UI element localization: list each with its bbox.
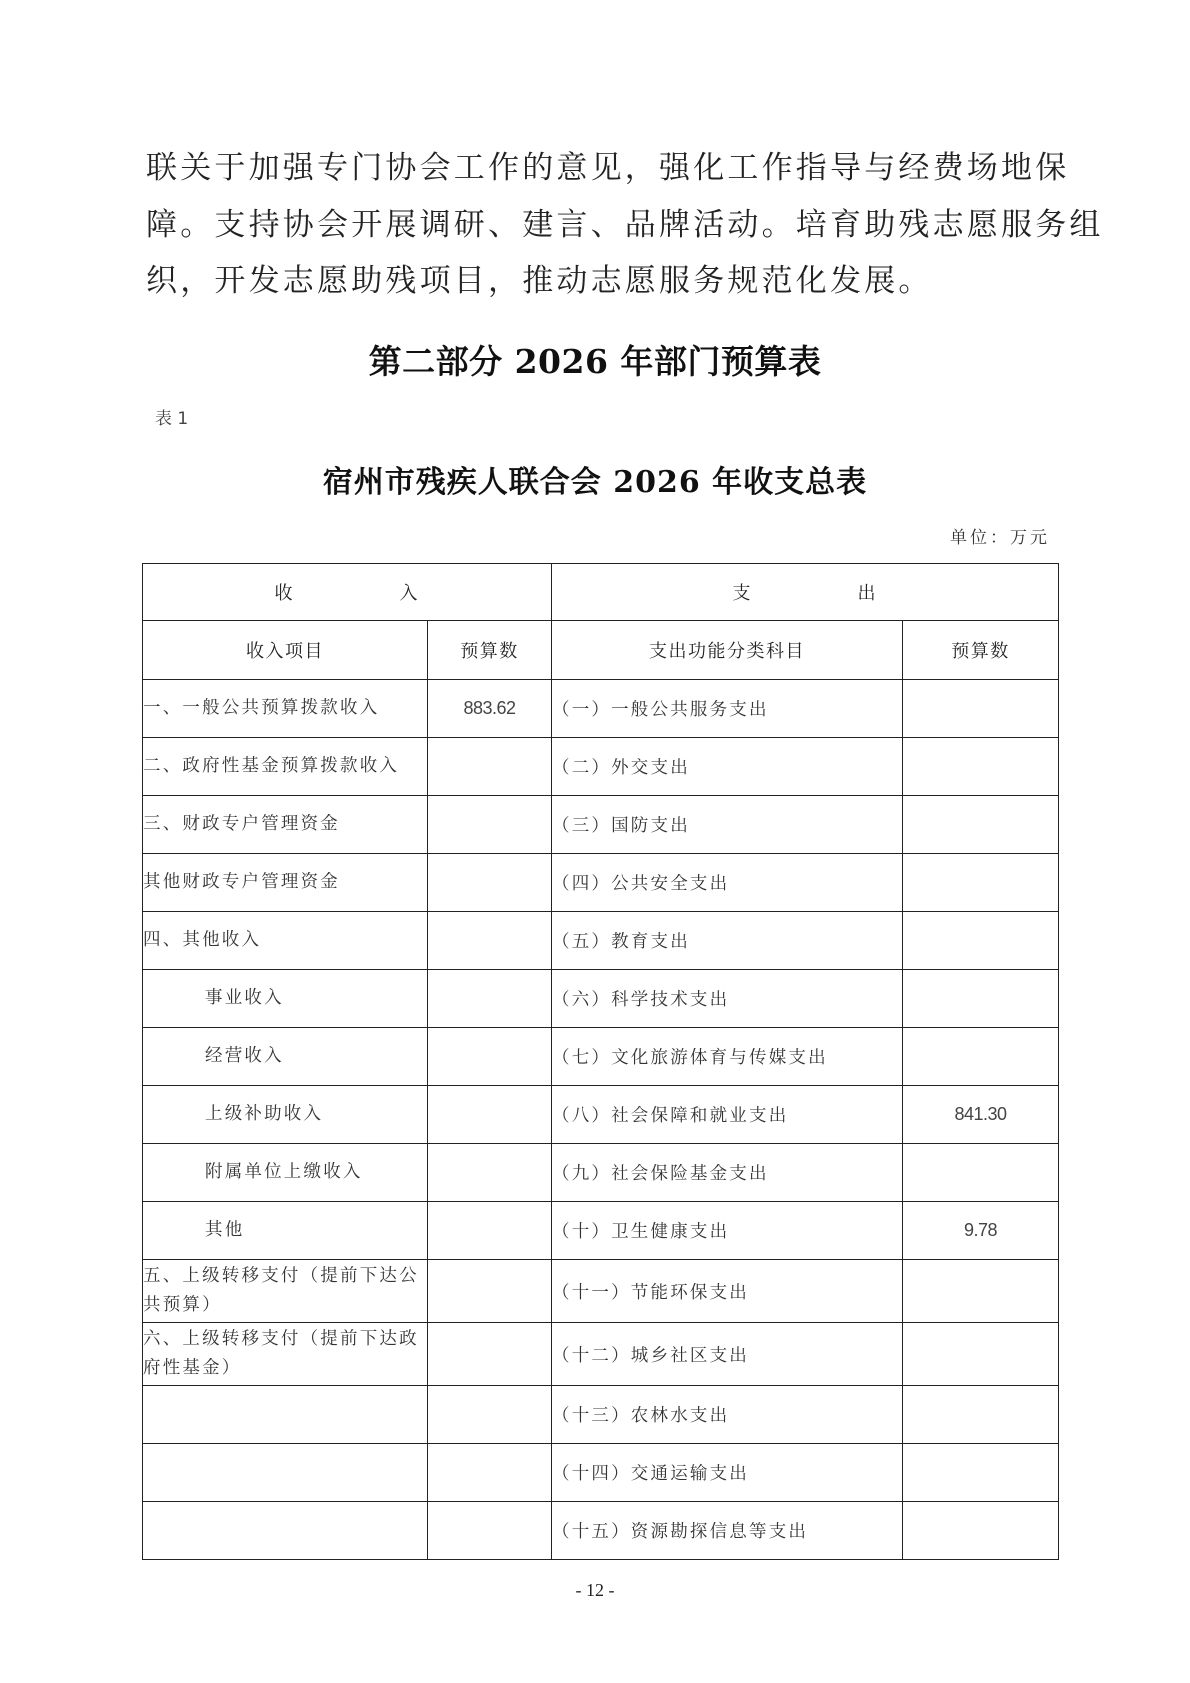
table-row: 二、政府性基金预算拨款收入 （二）外交支出 — [143, 738, 1059, 796]
table-row: 六、上级转移支付（提前下达政府性基金） （十二）城乡社区支出 — [143, 1323, 1059, 1386]
income-amount — [428, 738, 552, 796]
income-item: 六、上级转移支付（提前下达政府性基金） — [143, 1323, 428, 1386]
expense-header-char-1: 支 — [733, 583, 753, 604]
column-header-income-item: 收入项目 — [143, 621, 428, 680]
expense-amount — [903, 1386, 1059, 1444]
income-item: 一、一般公共预算拨款收入 — [143, 680, 428, 738]
column-header-expense-amount: 预算数 — [903, 621, 1059, 680]
expense-item: （二）外交支出 — [552, 738, 903, 796]
income-item — [143, 1386, 428, 1444]
expense-amount — [903, 1144, 1059, 1202]
expense-item: （五）教育支出 — [552, 912, 903, 970]
income-item: 其他 — [143, 1202, 428, 1260]
table-row: 三、财政专户管理资金 （三）国防支出 — [143, 796, 1059, 854]
paragraph-line-2: 障。支持协会开展调研、建言、品牌活动。培育助残志愿服务组 — [146, 210, 1046, 241]
table-row: 一、一般公共预算拨款收入 883.62 （一）一般公共服务支出 — [143, 680, 1059, 738]
group-header-row: 收入 支出 — [143, 564, 1059, 621]
column-header-income-amount: 预算数 — [428, 621, 552, 680]
income-item: 四、其他收入 — [143, 912, 428, 970]
table-row: 四、其他收入 （五）教育支出 — [143, 912, 1059, 970]
income-amount — [428, 970, 552, 1028]
income-amount — [428, 1028, 552, 1086]
income-amount — [428, 796, 552, 854]
table-row: （十五）资源勘探信息等支出 — [143, 1502, 1059, 1560]
income-item: 附属单位上缴收入 — [143, 1144, 428, 1202]
income-amount — [428, 912, 552, 970]
expense-amount — [903, 970, 1059, 1028]
expense-item: （九）社会保险基金支出 — [552, 1144, 903, 1202]
income-amount — [428, 1086, 552, 1144]
column-header-expense-item: 支出功能分类科目 — [552, 621, 903, 680]
expense-item: （十五）资源勘探信息等支出 — [552, 1502, 903, 1560]
table-row: （十四）交通运输支出 — [143, 1444, 1059, 1502]
table-row: （十三）农林水支出 — [143, 1386, 1059, 1444]
expense-amount — [903, 1028, 1059, 1086]
expense-item: （十）卫生健康支出 — [552, 1202, 903, 1260]
table-row: 附属单位上缴收入 （九）社会保险基金支出 — [143, 1144, 1059, 1202]
income-item — [143, 1502, 428, 1560]
income-item: 其他财政专户管理资金 — [143, 854, 428, 912]
expense-item: （十三）农林水支出 — [552, 1386, 903, 1444]
income-item: 经营收入 — [143, 1028, 428, 1086]
income-amount — [428, 1202, 552, 1260]
table-row: 经营收入 （七）文化旅游体育与传媒支出 — [143, 1028, 1059, 1086]
income-group-header: 收入 — [143, 564, 552, 621]
expense-item: （十二）城乡社区支出 — [552, 1323, 903, 1386]
expense-item: （十四）交通运输支出 — [552, 1444, 903, 1502]
table-row: 五、上级转移支付（提前下达公共预算） （十一）节能环保支出 — [143, 1260, 1059, 1323]
expense-item: （七）文化旅游体育与传媒支出 — [552, 1028, 903, 1086]
income-amount — [428, 854, 552, 912]
income-header-char-1: 收 — [275, 583, 295, 604]
expense-amount — [903, 912, 1059, 970]
expense-item: （八）社会保障和就业支出 — [552, 1086, 903, 1144]
expense-amount — [903, 854, 1059, 912]
expense-header-char-2: 出 — [858, 583, 878, 604]
expense-item: （十一）节能环保支出 — [552, 1260, 903, 1323]
income-amount — [428, 1323, 552, 1386]
income-item: 事业收入 — [143, 970, 428, 1028]
table-row: 其他财政专户管理资金 （四）公共安全支出 — [143, 854, 1059, 912]
table-row: 事业收入 （六）科学技术支出 — [143, 970, 1059, 1028]
expense-item: （四）公共安全支出 — [552, 854, 903, 912]
table-row: 其他 （十）卫生健康支出 9.78 — [143, 1202, 1059, 1260]
income-amount — [428, 1386, 552, 1444]
income-amount — [428, 1144, 552, 1202]
expense-amount — [903, 738, 1059, 796]
expense-group-header: 支出 — [552, 564, 1059, 621]
income-header-char-2: 入 — [400, 583, 420, 604]
column-header-row: 收入项目 预算数 支出功能分类科目 预算数 — [143, 621, 1059, 680]
income-expense-table: 收入 支出 收入项目 预算数 支出功能分类科目 预算数 一、一般公共预算拨款收入… — [142, 563, 1059, 1560]
income-item: 二、政府性基金预算拨款收入 — [143, 738, 428, 796]
expense-item: （六）科学技术支出 — [552, 970, 903, 1028]
paragraph-line-1: 联关于加强专门协会工作的意见，强化工作指导与经费场地保 — [146, 153, 1046, 184]
unit-label: 单位：万元 — [950, 523, 1050, 548]
paragraph-line-3: 织，开发志愿助残项目，推动志愿服务规范化发展。 — [146, 266, 1046, 297]
expense-amount — [903, 1502, 1059, 1560]
income-amount: 883.62 — [428, 680, 552, 738]
expense-amount: 841.30 — [903, 1086, 1059, 1144]
income-item: 上级补助收入 — [143, 1086, 428, 1144]
expense-item: （三）国防支出 — [552, 796, 903, 854]
table-title: 宿州市残疾人联合会 2026 年收支总表 — [0, 457, 1190, 501]
income-item: 三、财政专户管理资金 — [143, 796, 428, 854]
expense-amount — [903, 1444, 1059, 1502]
part-title: 第二部分 2026 年部门预算表 — [0, 336, 1190, 383]
page-number: - 12 - — [0, 1580, 1190, 1601]
income-item: 五、上级转移支付（提前下达公共预算） — [143, 1260, 428, 1323]
income-item — [143, 1444, 428, 1502]
table-row: 上级补助收入 （八）社会保障和就业支出 841.30 — [143, 1086, 1059, 1144]
expense-amount: 9.78 — [903, 1202, 1059, 1260]
expense-amount — [903, 796, 1059, 854]
income-amount — [428, 1444, 552, 1502]
income-amount — [428, 1502, 552, 1560]
expense-amount — [903, 1323, 1059, 1386]
expense-item: （一）一般公共服务支出 — [552, 680, 903, 738]
expense-amount — [903, 680, 1059, 738]
income-amount — [428, 1260, 552, 1323]
table-label: 表 1 — [155, 404, 188, 429]
expense-amount — [903, 1260, 1059, 1323]
